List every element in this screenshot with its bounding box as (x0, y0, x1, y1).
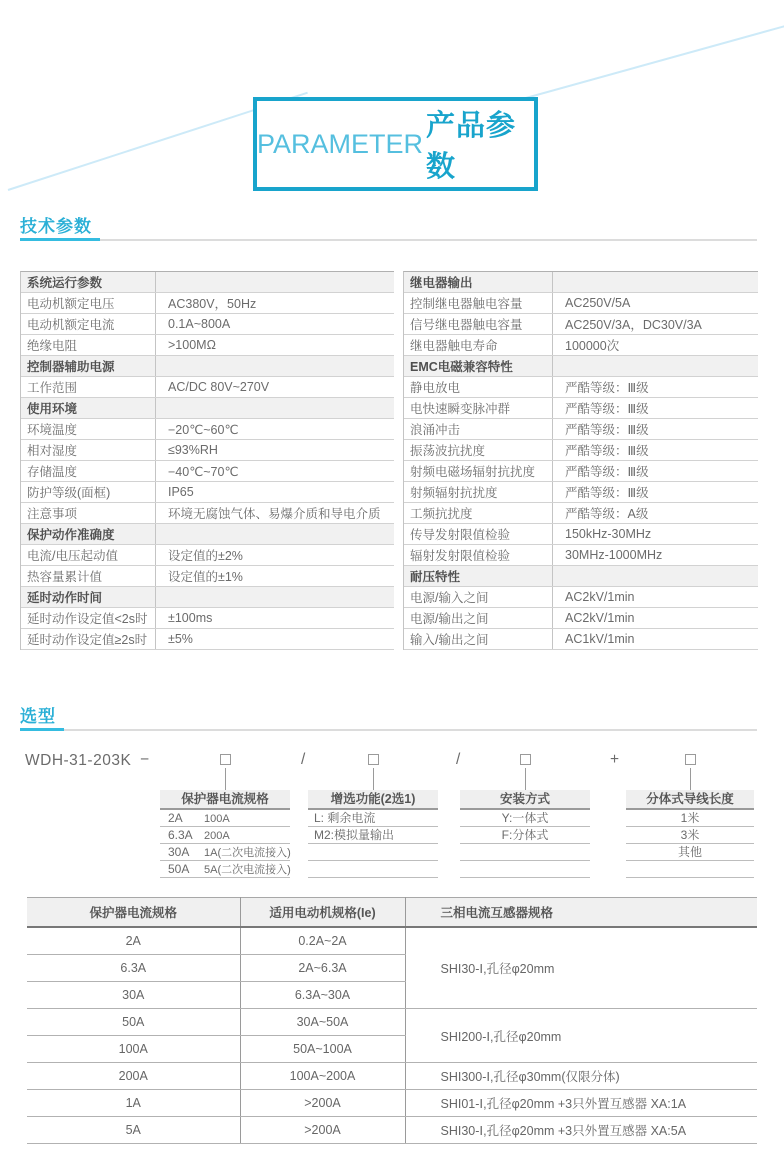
protector-current: 30A (27, 982, 240, 1009)
page-title-zh: 产品参数 (426, 103, 534, 185)
param-label: 电快速瞬变脉冲群 (404, 398, 553, 418)
table-row: 200A 100A~200A SHI300-Ⅰ,孔径φ30mm(仅限分体) (27, 1063, 757, 1090)
table-row: 工作范围AC/DC 80V~270V (21, 377, 394, 398)
param-label: 信号继电器触电容量 (404, 314, 553, 334)
rule-accent (20, 728, 64, 731)
table-row: 防护等级(面框)IP65 (21, 482, 394, 503)
selection-group-optional-function: 增选功能(2选1) L: 剩余电流 M2:模拟量输出 (308, 790, 438, 878)
param-value: AC1kV/1min (553, 632, 634, 646)
param-label: 绝缘电阻 (21, 335, 156, 355)
param-label: 热容量累计值 (21, 566, 156, 586)
param-value: −20℃~60℃ (156, 422, 238, 437)
selection-group-title: 分体式导线长度 (626, 790, 754, 810)
motor-spec: 0.2A~2A (240, 927, 405, 955)
param-value: IP65 (156, 485, 194, 499)
param-label: 注意事项 (21, 503, 156, 523)
option-box-icon (220, 754, 231, 765)
selection-option: M2:模拟量输出 (308, 827, 438, 844)
protector-current: 200A (27, 1063, 240, 1090)
param-value: 严酷等级：Ⅲ级 (553, 399, 649, 417)
option-code2: 5A(二次电流接入) (204, 864, 291, 876)
selection-option: F:分体式 (460, 827, 590, 844)
selection-option: 1米 (626, 810, 754, 827)
option-code: 2A (160, 810, 204, 826)
param-value: 严酷等级：Ⅲ级 (553, 462, 649, 480)
transformer-spec: SHI200-Ⅰ,孔径φ20mm (405, 1009, 757, 1063)
selection-group-title: 保护器电流规格 (160, 790, 290, 810)
param-value: AC/DC 80V~270V (156, 380, 269, 394)
selection-option (460, 861, 590, 878)
param-value: 严酷等级：Ⅲ级 (553, 483, 649, 501)
selection-option: L: 剩余电流 (308, 810, 438, 827)
table-row: 控制继电器触电容量AC250V/5A (404, 293, 758, 314)
motor-spec: 6.3A~30A (240, 982, 405, 1009)
option-box-icon (520, 754, 531, 765)
selection-option (308, 861, 438, 878)
param-label: 相对湿度 (21, 440, 156, 460)
table-row: 浪涌冲击严酷等级：Ⅲ级 (404, 419, 758, 440)
selection-group-title: 增选功能(2选1) (308, 790, 438, 810)
table-row: 射频电磁场辐射抗扰度严酷等级：Ⅲ级 (404, 461, 758, 482)
option-code: 6.3A (160, 827, 204, 843)
connector-line (525, 768, 526, 790)
table-section-row: 延时动作时间 (21, 587, 394, 608)
param-value: ±100ms (156, 611, 212, 625)
table-row: 信号继电器触电容量AC250V/3A，DC30V/3A (404, 314, 758, 335)
table-row: 50A 30A~50A SHI200-Ⅰ,孔径φ20mm (27, 1009, 757, 1036)
selection-option (460, 844, 590, 861)
param-value: 严酷等级：Ⅲ级 (553, 378, 649, 396)
param-label: 工作范围 (21, 377, 156, 397)
column-header: 适用电动机规格(Ie) (240, 898, 405, 928)
tech-table-left: 系统运行参数 电动机额定电压AC380V，50Hz 电动机额定电流0.1A~80… (20, 271, 394, 650)
motor-spec: >200A (240, 1090, 405, 1117)
tech-table-right: 继电器输出 控制继电器触电容量AC250V/5A 信号继电器触电容量AC250V… (403, 271, 758, 650)
param-label: 延时动作设定值≥2s时 (21, 629, 156, 649)
table-header-row: 保护器电流规格 适用电动机规格(Ie) 三相电流互感器规格 (27, 898, 757, 928)
motor-spec: 50A~100A (240, 1036, 405, 1063)
param-value: 100000次 (553, 336, 619, 354)
table-row: 延时动作设定值<2s时±100ms (21, 608, 394, 629)
param-value: AC250V/5A (553, 296, 630, 310)
section-label: 耐压特性 (404, 566, 553, 586)
param-label: 工频抗扰度 (404, 503, 553, 523)
param-label: 传导发射限值检验 (404, 524, 553, 544)
protector-current: 2A (27, 927, 240, 955)
column-header: 保护器电流规格 (27, 898, 240, 928)
param-value: ≤93%RH (156, 443, 218, 457)
param-value: 严酷等级：Ⅲ级 (553, 420, 649, 438)
param-label: 电源/输出之间 (404, 608, 553, 628)
table-row: 电快速瞬变脉冲群严酷等级：Ⅲ级 (404, 398, 758, 419)
section-label: 控制器辅助电源 (21, 356, 156, 376)
selection-option: 3米 (626, 827, 754, 844)
param-label: 射频电磁场辐射抗扰度 (404, 461, 553, 481)
param-label: 存储温度 (21, 461, 156, 481)
param-label: 辐射发射限值检验 (404, 545, 553, 565)
param-label: 输入/输出之间 (404, 629, 553, 649)
selection-option: 50A5A(二次电流接入) (160, 861, 290, 878)
motor-spec: 100A~200A (240, 1063, 405, 1090)
param-label: 射频辐射抗扰度 (404, 482, 553, 502)
table-row: 工频抗扰度严酷等级：A级 (404, 503, 758, 524)
section-label: 使用环境 (21, 398, 156, 418)
selection-group-wire-length: 分体式导线长度 1米 3米 其他 (626, 790, 754, 878)
param-value: AC2kV/1min (553, 590, 634, 604)
section-label: EMC电磁兼容特性 (404, 356, 553, 376)
option-box-icon (368, 754, 379, 765)
param-label: 环境温度 (21, 419, 156, 439)
selection-group-mount-type: 安装方式 Y:一体式 F:分体式 (460, 790, 590, 878)
param-value: −40℃~70℃ (156, 464, 238, 479)
selection-section-rule (20, 729, 757, 731)
option-code: 30A (160, 844, 204, 860)
table-row: 电流/电压起动值设定值的±2% (21, 545, 394, 566)
protector-current: 1A (27, 1090, 240, 1117)
param-value: 设定值的±2% (156, 546, 243, 564)
option-code2: 100A (204, 813, 230, 825)
page-title-box: PARAMETER 产品参数 (253, 97, 538, 191)
selection-option: 30A1A(二次电流接入) (160, 844, 290, 861)
param-label: 振荡波抗扰度 (404, 440, 553, 460)
column-header: 三相电流互感器规格 (405, 898, 757, 928)
selection-option (308, 844, 438, 861)
protector-current: 6.3A (27, 955, 240, 982)
param-value: 设定值的±1% (156, 567, 243, 585)
table-row: 5A >200A SHI30-Ⅰ,孔径φ20mm +3只外置互感器 XA:5A (27, 1117, 757, 1144)
param-label: 电源/输入之间 (404, 587, 553, 607)
option-code2: 1A(二次电流接入) (204, 847, 291, 859)
param-value: 0.1A~800A (156, 317, 230, 331)
table-row: 静电放电严酷等级：Ⅲ级 (404, 377, 758, 398)
param-label: 静电放电 (404, 377, 553, 397)
selection-group-current-spec: 保护器电流规格 2A100A 6.3A200A 30A1A(二次电流接入) 50… (160, 790, 290, 878)
protector-current: 50A (27, 1009, 240, 1036)
param-value: 环境无腐蚀气体、易爆介质和导电介质 (156, 504, 381, 522)
option-code2: 200A (204, 830, 230, 842)
table-section-row: 保护动作准确度 (21, 524, 394, 545)
current-transformer-spec-table: 保护器电流规格 适用电动机规格(Ie) 三相电流互感器规格 2A 0.2A~2A… (27, 897, 757, 1144)
tech-section-title: 技术参数 (20, 212, 92, 237)
protector-current: 100A (27, 1036, 240, 1063)
section-label: 保护动作准确度 (21, 524, 156, 544)
param-label: 控制继电器触电容量 (404, 293, 553, 313)
selection-option: 2A100A (160, 810, 290, 827)
param-label: 浪涌冲击 (404, 419, 553, 439)
model-plus: + (610, 751, 619, 769)
section-label: 延时动作时间 (21, 587, 156, 607)
table-section-row: 耐压特性 (404, 566, 758, 587)
model-slash: / (301, 751, 305, 769)
selection-option: 其他 (626, 844, 754, 861)
transformer-spec: SHI300-Ⅰ,孔径φ30mm(仅限分体) (405, 1063, 757, 1090)
param-label: 电动机额定电流 (21, 314, 156, 334)
selection-option: 6.3A200A (160, 827, 290, 844)
param-value: 150kHz-30MHz (553, 527, 651, 541)
selection-group-title: 安装方式 (460, 790, 590, 810)
table-section-row: 系统运行参数 (21, 272, 394, 293)
param-value: >100MΩ (156, 338, 216, 352)
connector-line (690, 768, 691, 790)
product-parameter-page: PARAMETER 产品参数 技术参数 系统运行参数 电动机额定电压AC380V… (0, 0, 784, 1149)
model-code: WDH-31-203K (25, 752, 131, 770)
motor-spec: 2A~6.3A (240, 955, 405, 982)
table-row: 相对湿度≤93%RH (21, 440, 394, 461)
param-value: AC2kV/1min (553, 611, 634, 625)
connector-line (373, 768, 374, 790)
motor-spec: >200A (240, 1117, 405, 1144)
transformer-spec: SHI30-Ⅰ,孔径φ20mm +3只外置互感器 XA:5A (405, 1117, 757, 1144)
tech-section-rule (20, 239, 757, 241)
param-label: 防护等级(面框) (21, 482, 156, 502)
param-value: 严酷等级：A级 (553, 504, 648, 522)
option-box-icon (685, 754, 696, 765)
transformer-spec: SHI30-Ⅰ,孔径φ20mm (405, 927, 757, 1009)
param-label: 电动机额定电压 (21, 293, 156, 313)
param-label: 继电器触电寿命 (404, 335, 553, 355)
param-value: AC250V/3A，DC30V/3A (553, 315, 702, 333)
table-row: 电动机额定电流0.1A~800A (21, 314, 394, 335)
model-dash: − (140, 751, 149, 769)
table-row: 射频辐射抗扰度严酷等级：Ⅲ级 (404, 482, 758, 503)
table-section-row: 继电器输出 (404, 272, 758, 293)
param-value: 30MHz-1000MHz (553, 548, 662, 562)
param-value: AC380V，50Hz (156, 294, 256, 312)
rule-accent (20, 238, 100, 241)
param-label: 延时动作设定值<2s时 (21, 608, 156, 628)
table-row: 环境温度−20℃~60℃ (21, 419, 394, 440)
table-row: 注意事项环境无腐蚀气体、易爆介质和导电介质 (21, 503, 394, 524)
table-row: 辐射发射限值检验30MHz-1000MHz (404, 545, 758, 566)
connector-line (225, 768, 226, 790)
selection-option (626, 861, 754, 878)
section-label: 继电器输出 (404, 272, 553, 292)
table-row: 存储温度−40℃~70℃ (21, 461, 394, 482)
motor-spec: 30A~50A (240, 1009, 405, 1036)
table-row: 输入/输出之间AC1kV/1min (404, 629, 758, 650)
table-section-row: 控制器辅助电源 (21, 356, 394, 377)
page-title-en: PARAMETER (257, 129, 423, 160)
param-value: ±5% (156, 632, 193, 646)
table-row: 2A 0.2A~2A SHI30-Ⅰ,孔径φ20mm (27, 927, 757, 955)
table-section-row: 使用环境 (21, 398, 394, 419)
table-row: 1A >200A SHI01-Ⅰ,孔径φ20mm +3只外置互感器 XA:1A (27, 1090, 757, 1117)
table-row: 电动机额定电压AC380V，50Hz (21, 293, 394, 314)
table-row: 继电器触电寿命100000次 (404, 335, 758, 356)
transformer-spec: SHI01-Ⅰ,孔径φ20mm +3只外置互感器 XA:1A (405, 1090, 757, 1117)
table-row: 传导发射限值检验150kHz-30MHz (404, 524, 758, 545)
protector-current: 5A (27, 1117, 240, 1144)
table-row: 电源/输入之间AC2kV/1min (404, 587, 758, 608)
table-row: 热容量累计值设定值的±1% (21, 566, 394, 587)
table-row: 绝缘电阻>100MΩ (21, 335, 394, 356)
model-slash: / (456, 751, 460, 769)
table-row: 振荡波抗扰度严酷等级：Ⅲ级 (404, 440, 758, 461)
param-label: 电流/电压起动值 (21, 545, 156, 565)
option-code: 50A (160, 861, 204, 877)
section-label: 系统运行参数 (21, 272, 156, 292)
table-section-row: EMC电磁兼容特性 (404, 356, 758, 377)
param-value: 严酷等级：Ⅲ级 (553, 441, 649, 459)
table-row: 电源/输出之间AC2kV/1min (404, 608, 758, 629)
table-row: 延时动作设定值≥2s时±5% (21, 629, 394, 650)
selection-section-title: 选型 (20, 702, 56, 727)
selection-option: Y:一体式 (460, 810, 590, 827)
